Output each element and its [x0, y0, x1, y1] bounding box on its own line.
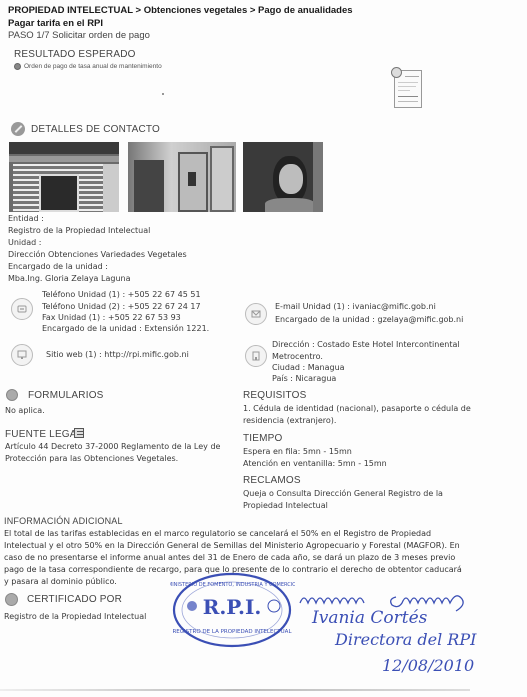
formularios-value: No aplica.	[5, 405, 45, 417]
formularios-title: FORMULARIOS	[28, 390, 104, 401]
website-link[interactable]: Sitio web (1) : http://rpi.mific.gob.ni	[46, 349, 189, 361]
edit-note-icon[interactable]	[74, 428, 84, 438]
speck	[162, 93, 164, 95]
forms-icon	[6, 389, 18, 401]
info-adicional-title: INFORMACIÓN ADICIONAL	[4, 516, 123, 526]
resultado-title: RESULTADO ESPERADO	[14, 49, 136, 60]
reclamos-title: RECLAMOS	[243, 475, 301, 486]
email-unidad[interactable]: E-mail Unidad (1) : ivaniac@mific.gob.ni	[275, 301, 436, 313]
certificate-document-icon[interactable]	[394, 70, 422, 108]
address-line-1: Dirección : Costado Este Hotel Intercont…	[272, 339, 460, 351]
svg-text:R.P.I.: R.P.I.	[203, 595, 262, 619]
tiempo-title: TIEMPO	[243, 433, 283, 444]
building-front-photo	[9, 142, 119, 212]
email-icon	[245, 303, 267, 325]
extension: Encargado de la unidad : Extensión 1221.	[42, 323, 209, 335]
info-icon	[14, 63, 21, 70]
person-photo	[243, 142, 323, 212]
info-line-1: El total de las tarifas establecidas en …	[4, 528, 431, 541]
unidad-label: Unidad :	[8, 237, 41, 249]
certificado-title: CERTIFICADO POR	[27, 594, 122, 605]
contacto-title: DETALLES DE CONTACTO	[31, 124, 160, 135]
signature-name: Ivania Cortés	[312, 608, 427, 628]
email-encargado[interactable]: Encargado de la unidad : gzelaya@mific.g…	[275, 314, 463, 326]
fuente-legal-line-2: Protección para las Obtenciones Vegetale…	[5, 453, 178, 465]
building-icon	[245, 345, 267, 367]
certificado-value: Registro de la Propiedad Intelectual	[4, 611, 146, 623]
phone-1: Teléfono Unidad (1) : +505 22 67 45 51	[42, 289, 201, 301]
page-edge	[0, 689, 470, 691]
certified-icon	[5, 593, 18, 606]
requisitos-line-1: 1. Cédula de identidad (nacional), pasap…	[243, 403, 471, 415]
info-line-5: y pasara al dominio público.	[4, 576, 117, 589]
tiempo-line-1: Espera en fila: 5mn - 15mn	[243, 446, 352, 458]
requisitos-title: REQUISITOS	[243, 390, 307, 401]
info-line-2: Intelectual y el otro 50% en la Direcció…	[4, 540, 460, 553]
phone-icon	[11, 298, 33, 320]
encargado-label: Encargado de la unidad :	[8, 261, 108, 273]
step-label: PASO 1/7 Solicitar orden de pago	[8, 30, 150, 41]
encargado-value: Mba.Ing. Gloria Zelaya Laguna	[8, 273, 130, 285]
svg-text:REGISTRO DE LA PROPIEDAD INTEL: REGISTRO DE LA PROPIEDAD INTELECTUAL	[172, 629, 292, 635]
requisitos-line-2: residencia (extranjero).	[243, 415, 336, 427]
resultado-item: Orden de pago de tasa anual de mantenimi…	[14, 63, 162, 70]
rpi-official-stamp: R.P.I. REGISTRO DE LA PROPIEDAD INTELECT…	[170, 568, 295, 650]
info-line-3: caso de no presentarse el informe anual …	[4, 552, 455, 565]
entidad-value: Registro de la Propiedad Intelectual	[8, 225, 150, 237]
breadcrumb: PROPIEDAD INTELECTUAL > Obtenciones vege…	[8, 5, 353, 16]
reclamos-line-2: Propiedad Intelectual	[243, 500, 328, 512]
fuente-legal-line-1: Artículo 44 Decreto 37-2000 Reglamento d…	[5, 441, 220, 453]
page-subtitle: Pagar tarifa en el RPI	[8, 18, 103, 29]
signature-title: Directora del RPI	[335, 630, 476, 649]
office-door-photo	[128, 142, 236, 212]
svg-text:MINISTERIO DE FOMENTO, INDUSTR: MINISTERIO DE FOMENTO, INDUSTRIA Y COMER…	[170, 582, 295, 588]
unidad-value: Dirección Obtenciones Variedades Vegetal…	[8, 249, 187, 261]
tiempo-line-2: Atención en ventanilla: 5mn - 15mn	[243, 458, 387, 470]
reclamos-line-1: Queja o Consulta Dirección General Regis…	[243, 488, 443, 500]
monitor-icon	[11, 344, 33, 366]
country: País : Nicaragua	[272, 373, 336, 385]
pencil-icon	[11, 122, 25, 136]
fuente-legal-title: FUENTE LEGAL	[5, 429, 82, 440]
entidad-label: Entidad :	[8, 213, 44, 225]
signature-date: 12/08/2010	[382, 656, 474, 675]
